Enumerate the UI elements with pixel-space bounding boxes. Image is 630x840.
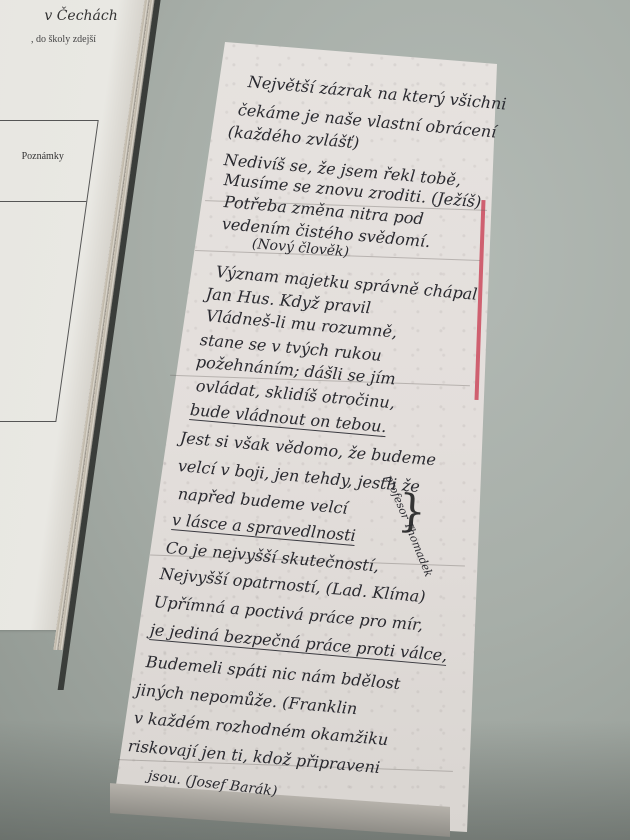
letter-line: jsou. (Josef Barák) <box>147 768 278 800</box>
letter-text: Největší zázrak na který všichni čekáme … <box>0 0 630 840</box>
